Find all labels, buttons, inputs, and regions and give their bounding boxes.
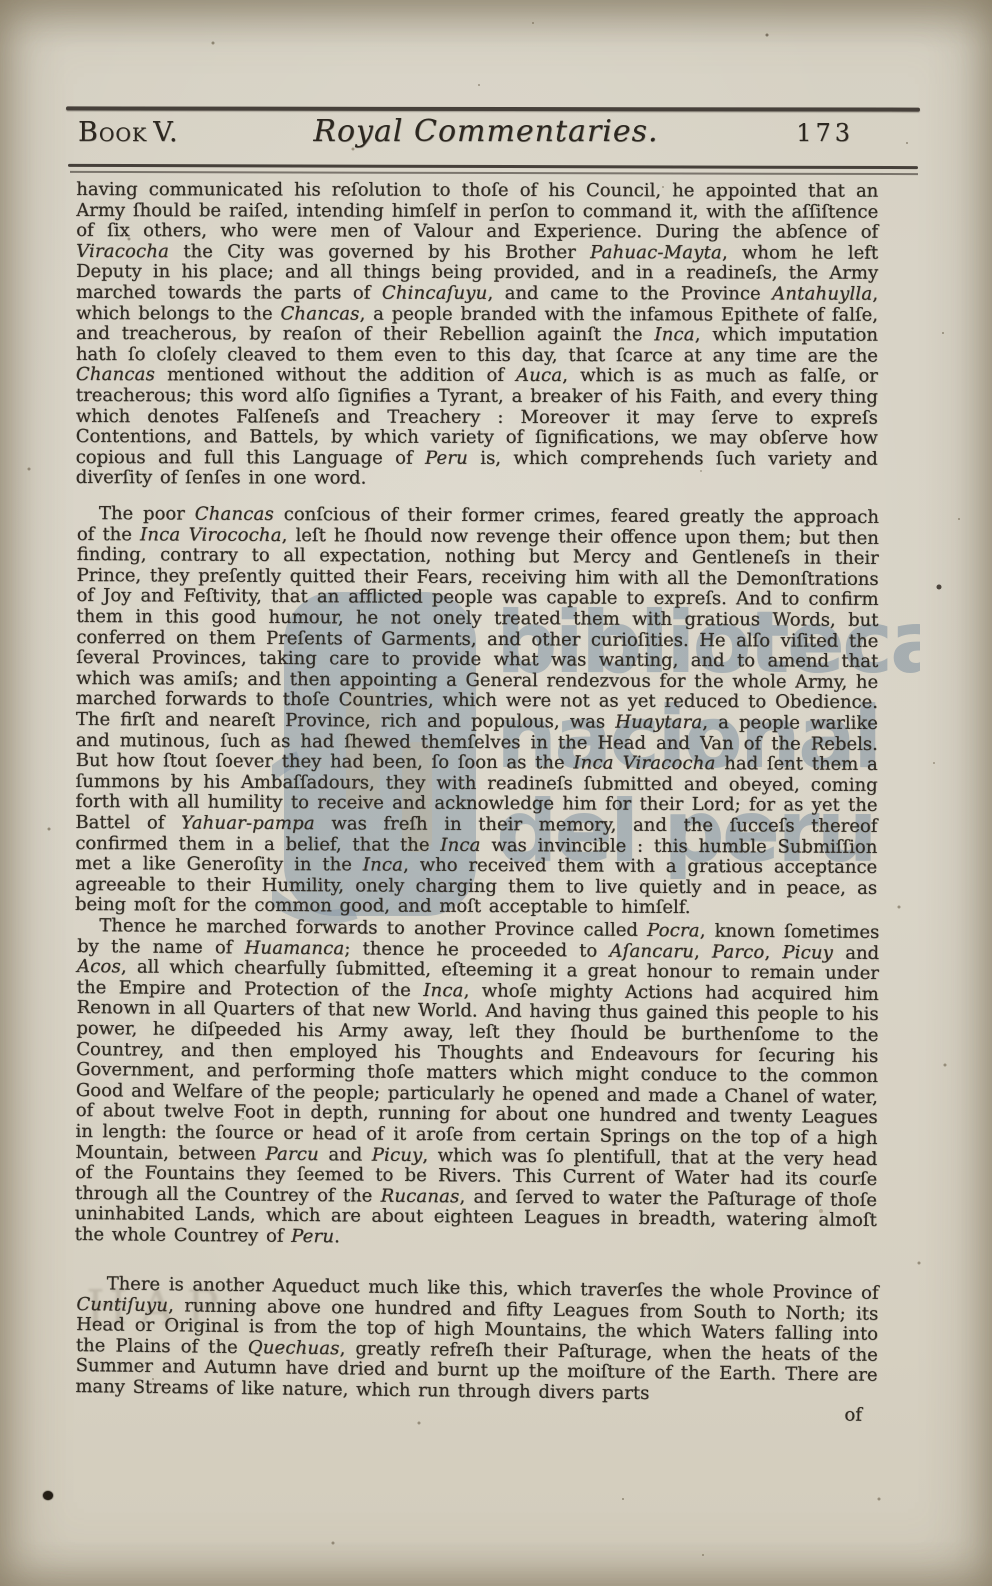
book-numeral: V. [153,117,178,148]
header-rule-bottom-thin [70,171,918,175]
paragraph-4: There is another Aqueduct much like this… [75,1274,878,1407]
catchword: of [844,1404,862,1425]
book-page: biblioteca nacional del peru HAP BookV. … [0,0,992,1586]
ink-blot [43,1491,53,1500]
page-title: Royal Commentaries. [308,114,664,149]
page-number: 173 [664,119,920,147]
header-rule-bottom [68,164,918,169]
page-text: having communicated his reſolution to th… [76,180,878,1421]
paragraph-1: having communicated his reſolution to th… [76,180,879,491]
paper-speckles [0,0,2,2]
book-word: Book [78,117,147,148]
running-header: BookV. Royal Commentaries. 173 [66,114,920,162]
paragraph-2: The poor Chancas conſcious of their form… [75,504,879,920]
paragraph-3: Thence he marched forwards to another Pr… [75,916,880,1252]
header-rule-top [66,106,920,111]
book-label: BookV. [66,117,308,148]
